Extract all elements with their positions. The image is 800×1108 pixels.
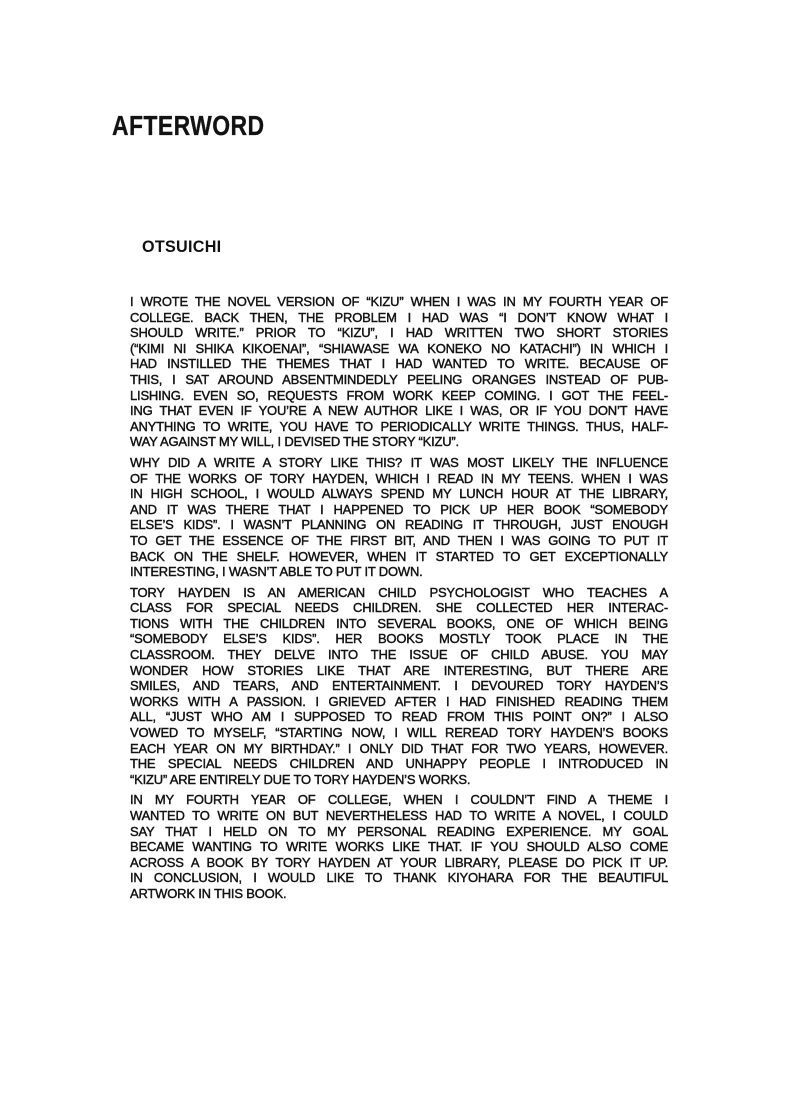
text-line: IN HIGH SCHOOL, I WOULD ALWAYS SPEND MY … (130, 486, 668, 502)
text-line: INTERESTING, I WASN’T ABLE TO PUT IT DOW… (130, 564, 668, 580)
text-line: TO GET THE ESSENCE OF THE FIRST BIT, AND… (130, 533, 668, 549)
afterword-page: AFTERWORD OTSUICHI I WROTE THE NOVEL VER… (0, 0, 800, 1108)
text-line: HAD INSTILLED THE THEMES THAT I HAD WANT… (130, 356, 668, 372)
text-line: WORKS WITH A PASSION. I GRIEVED AFTER I … (130, 694, 668, 710)
text-line: THIS, I SAT AROUND ABSENTMINDEDLY PEELIN… (130, 372, 668, 388)
text-line: SAY THAT I HELD ON TO MY PERSONAL READIN… (130, 824, 668, 840)
text-line: COLLEGE. BACK THEN, THE PROBLEM I HAD WA… (130, 310, 668, 326)
text-line: SHOULD WRITE.” PRIOR TO “KIZU”, I HAD WR… (130, 325, 668, 341)
text-line: THE SPECIAL NEEDS CHILDREN AND UNHAPPY P… (130, 756, 668, 772)
text-line: EACH YEAR ON MY BIRTHDAY.” I ONLY DID TH… (130, 741, 668, 757)
text-line: WAY AGAINST MY WILL, I DEVISED THE STORY… (130, 434, 668, 450)
text-line: VOWED TO MYSELF, “STARTING NOW, I WILL R… (130, 725, 668, 741)
text-line: “KIZU” ARE ENTIRELY DUE TO TORY HAYDEN’S… (130, 772, 668, 788)
afterword-body: I WROTE THE NOVEL VERSION OF “KIZU” WHEN… (130, 294, 668, 902)
text-line: ELSE’S KIDS”. I WASN’T PLANNING ON READI… (130, 517, 668, 533)
text-line: TORY HAYDEN IS AN AMERICAN CHILD PSYCHOL… (130, 585, 668, 601)
text-line: WONDER HOW STORIES LIKE THAT ARE INTERES… (130, 663, 668, 679)
paragraph: TORY HAYDEN IS AN AMERICAN CHILD PSYCHOL… (130, 585, 668, 788)
text-line: LISHING. EVEN SO, REQUESTS FROM WORK KEE… (130, 388, 668, 404)
text-line: ING THAT EVEN IF YOU’RE A NEW AUTHOR LIK… (130, 403, 668, 419)
text-line: CLASS FOR SPECIAL NEEDS CHILDREN. SHE CO… (130, 600, 668, 616)
text-line: ARTWORK IN THIS BOOK. (130, 886, 668, 902)
text-line: BACK ON THE SHELF. HOWEVER, WHEN IT STAR… (130, 549, 668, 565)
text-line: ANYTHING TO WRITE, YOU HAVE TO PERIODICA… (130, 419, 668, 435)
text-line: OF THE WORKS OF TORY HAYDEN, WHICH I REA… (130, 471, 668, 487)
author-name: OTSUICHI (142, 238, 221, 255)
paragraph: I WROTE THE NOVEL VERSION OF “KIZU” WHEN… (130, 294, 668, 450)
text-line: WANTED TO WRITE ON BUT NEVERTHELESS HAD … (130, 808, 668, 824)
page-title: AFTERWORD (112, 112, 264, 140)
text-line: WHY DID A WRITE A STORY LIKE THIS? IT WA… (130, 455, 668, 471)
text-line: (“KIMI NI SHIKA KIKOENAI”, “SHIAWASE WA … (130, 341, 668, 357)
text-line: I WROTE THE NOVEL VERSION OF “KIZU” WHEN… (130, 294, 668, 310)
text-line: IN MY FOURTH YEAR OF COLLEGE, WHEN I COU… (130, 792, 668, 808)
text-line: “SOMEBODY ELSE’S KIDS”. HER BOOKS MOSTLY… (130, 631, 668, 647)
text-line: SMILES, AND TEARS, AND ENTERTAINMENT. I … (130, 678, 668, 694)
text-line: ALL, “JUST WHO AM I SUPPOSED TO READ FRO… (130, 709, 668, 725)
text-line: ACROSS A BOOK BY TORY HAYDEN AT YOUR LIB… (130, 855, 668, 871)
text-line: IN CONCLUSION, I WOULD LIKE TO THANK KIY… (130, 870, 668, 886)
text-line: CLASSROOM. THEY DELVE INTO THE ISSUE OF … (130, 647, 668, 663)
text-line: TIONS WITH THE CHILDREN INTO SEVERAL BOO… (130, 616, 668, 632)
paragraph: WHY DID A WRITE A STORY LIKE THIS? IT WA… (130, 455, 668, 580)
text-line: BECAME WANTING TO WRITE WORKS LIKE THAT.… (130, 839, 668, 855)
text-line: AND IT WAS THERE THAT I HAPPENED TO PICK… (130, 502, 668, 518)
paragraph: IN MY FOURTH YEAR OF COLLEGE, WHEN I COU… (130, 792, 668, 901)
